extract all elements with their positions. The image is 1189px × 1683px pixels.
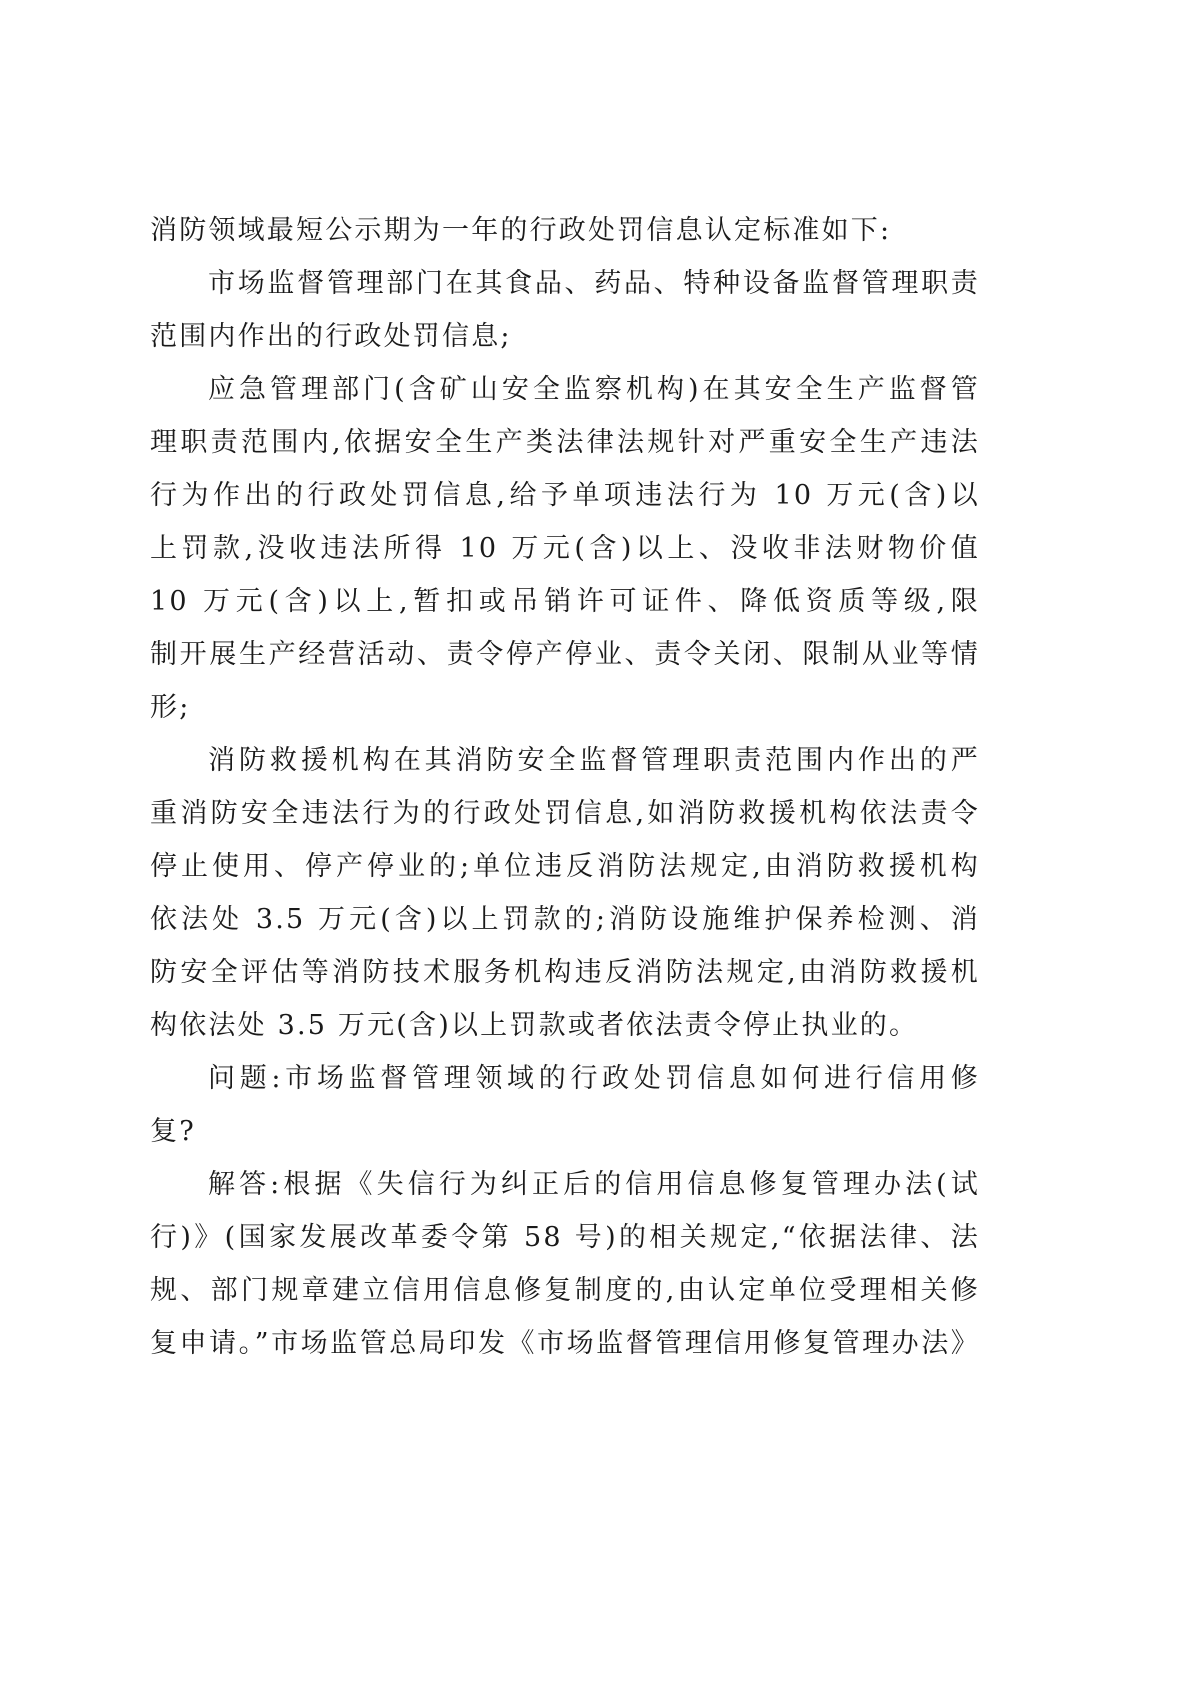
text-line: 形; xyxy=(150,681,980,734)
text-line: 复? xyxy=(150,1105,980,1158)
document-page: 消防领域最短公示期为一年的行政处罚信息认定标准如下: 市场监督管理部门在其食品、… xyxy=(0,0,1189,1683)
text-line: 复申请。”市场监管总局印发《市场监督管理信用修复管理办法》 xyxy=(150,1317,980,1370)
text-line: 消防领域最短公示期为一年的行政处罚信息认定标准如下: xyxy=(150,204,980,257)
text-line: 上罚款,没收违法所得 10 万元(含)以上、没收非法财物价值 xyxy=(150,522,980,575)
text-line: 构依法处 3.5 万元(含)以上罚款或者依法责令停止执业的。 xyxy=(150,999,980,1052)
text-line: 规、部门规章建立信用信息修复制度的,由认定单位受理相关修 xyxy=(150,1264,980,1317)
text-line: 停止使用、停产停业的;单位违反消防法规定,由消防救援机构 xyxy=(150,840,980,893)
text-line: 行)》(国家发展改革委令第 58 号)的相关规定,“依据法律、法 xyxy=(150,1211,980,1264)
text-line: 范围内作出的行政处罚信息; xyxy=(150,310,980,363)
text-line: 制开展生产经营活动、责令停产停业、责令关闭、限制从业等情 xyxy=(150,628,980,681)
text-line: 10 万元(含)以上,暂扣或吊销许可证件、降低资质等级,限 xyxy=(150,575,980,628)
text-line: 消防救援机构在其消防安全监督管理职责范围内作出的严 xyxy=(150,734,980,787)
text-line: 市场监督管理部门在其食品、药品、特种设备监督管理职责 xyxy=(150,257,980,310)
text-line: 行为作出的行政处罚信息,给予单项违法行为 10 万元(含)以 xyxy=(150,469,980,522)
text-line: 防安全评估等消防技术服务机构违反消防法规定,由消防救援机 xyxy=(150,946,980,999)
text-line: 问题:市场监督管理领域的行政处罚信息如何进行信用修 xyxy=(150,1052,980,1105)
text-line: 解答:根据《失信行为纠正后的信用信息修复管理办法(试 xyxy=(150,1158,980,1211)
text-line: 依法处 3.5 万元(含)以上罚款的;消防设施维护保养检测、消 xyxy=(150,893,980,946)
text-line: 重消防安全违法行为的行政处罚信息,如消防救援机构依法责令 xyxy=(150,787,980,840)
text-line: 理职责范围内,依据安全生产类法律法规针对严重安全生产违法 xyxy=(150,416,980,469)
text-line: 应急管理部门(含矿山安全监察机构)在其安全生产监督管 xyxy=(150,363,980,416)
document-body: 消防领域最短公示期为一年的行政处罚信息认定标准如下: 市场监督管理部门在其食品、… xyxy=(150,204,980,1370)
